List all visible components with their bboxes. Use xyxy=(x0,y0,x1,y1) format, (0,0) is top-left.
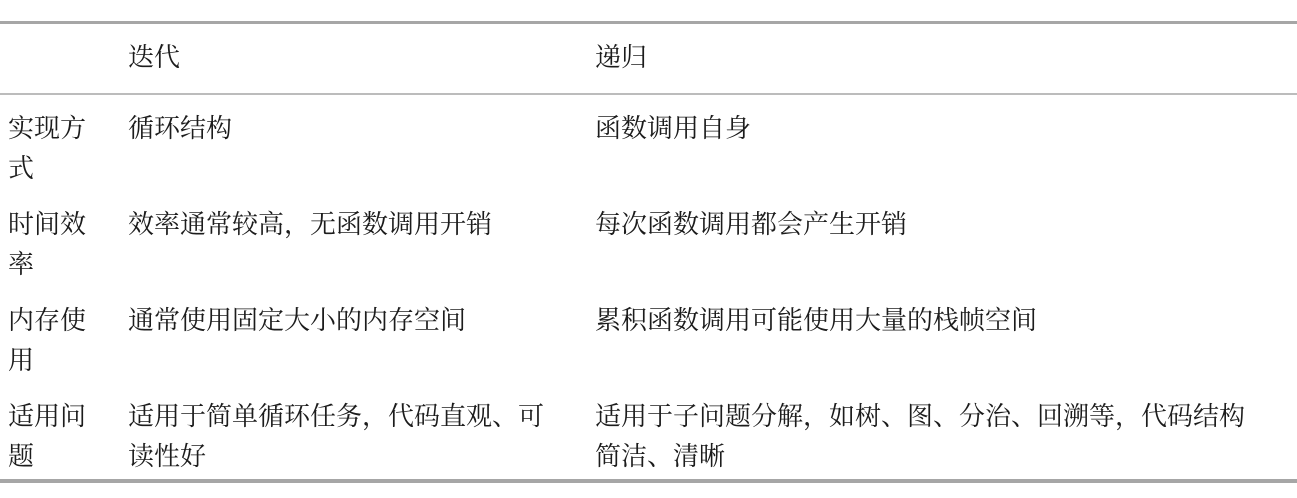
iteration-cell-time-efficiency: 效率通常较高，无函数调用开销 xyxy=(128,191,595,287)
iteration-cell-applicable-problems: 适用于简单循环任务，代码直观、可读性好 xyxy=(128,383,595,481)
table-header-row: 迭代 递归 xyxy=(0,23,1297,95)
row-label-implementation: 实现方式 xyxy=(0,94,128,191)
table-row-implementation: 实现方式 循环结构 函数调用自身 xyxy=(0,94,1297,191)
header-cell-recursion: 递归 xyxy=(595,23,1297,95)
header-cell-empty xyxy=(0,23,128,95)
table-row-applicable-problems: 适用问题 适用于简单循环任务，代码直观、可读性好 适用于子问题分解，如树、图、分… xyxy=(0,383,1297,481)
row-label-time-efficiency: 时间效率 xyxy=(0,191,128,287)
iteration-vs-recursion-table: 迭代 递归 实现方式 循环结构 函数调用自身 时间效率 效率通常较高，无函数调用… xyxy=(0,21,1297,483)
document-page: 迭代 递归 实现方式 循环结构 函数调用自身 时间效率 效率通常较高，无函数调用… xyxy=(0,0,1297,483)
table-row-time-efficiency: 时间效率 效率通常较高，无函数调用开销 每次函数调用都会产生开销 xyxy=(0,191,1297,287)
recursion-cell-implementation: 函数调用自身 xyxy=(595,94,1297,191)
table-row-memory-usage: 内存使用 通常使用固定大小的内存空间 累积函数调用可能使用大量的栈帧空间 xyxy=(0,287,1297,383)
header-cell-iteration: 迭代 xyxy=(128,23,595,95)
recursion-cell-applicable-problems: 适用于子问题分解，如树、图、分治、回溯等，代码结构简洁、清晰 xyxy=(595,383,1297,481)
row-label-memory-usage: 内存使用 xyxy=(0,287,128,383)
iteration-cell-implementation: 循环结构 xyxy=(128,94,595,191)
recursion-cell-memory-usage: 累积函数调用可能使用大量的栈帧空间 xyxy=(595,287,1297,383)
iteration-cell-memory-usage: 通常使用固定大小的内存空间 xyxy=(128,287,595,383)
recursion-cell-time-efficiency: 每次函数调用都会产生开销 xyxy=(595,191,1297,287)
row-label-applicable-problems: 适用问题 xyxy=(0,383,128,481)
